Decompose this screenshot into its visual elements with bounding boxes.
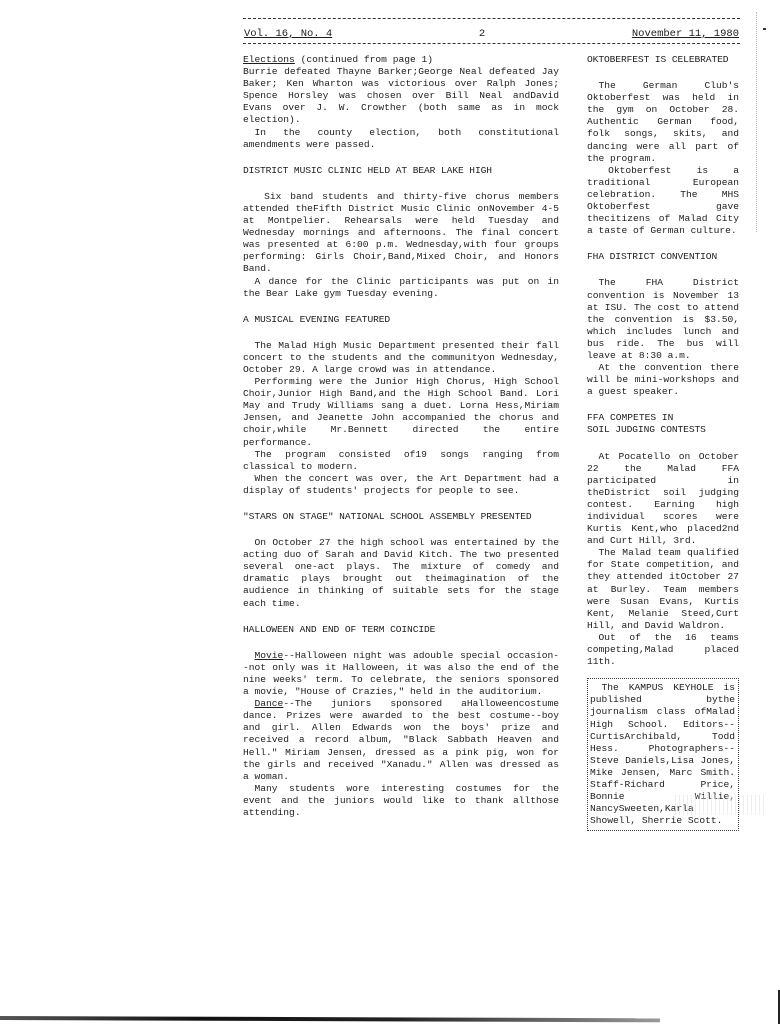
article-headline: HALLOWEEN AND END OF TERM COINCIDE (243, 624, 559, 636)
article-oktoberfest: OKTOBERFEST IS CELEBRATED The German Clu… (587, 54, 739, 237)
top-dashed-rule (243, 18, 740, 19)
article-headline: A MUSICAL EVENING FEATURED (243, 314, 559, 326)
left-column: Elections (continued from page 1) Burrie… (243, 54, 559, 819)
article-subtitle: (continued from page 1) (295, 54, 433, 65)
article-headline: "STARS ON STAGE" NATIONAL SCHOOL ASSEMBL… (243, 511, 559, 523)
paragraph: The Malad High Music Department presente… (243, 340, 559, 376)
paragraph: Oktoberfest is a traditional European ce… (587, 165, 739, 238)
page-number: 2 (478, 27, 486, 43)
paragraph: The Malad team qualified for State compe… (587, 547, 739, 632)
scan-bottom-edge (0, 1016, 660, 1022)
article-musical-evening: A MUSICAL EVENING FEATURED The Malad Hig… (243, 314, 559, 497)
paragraph: Movie--Halloween night was adouble speci… (243, 650, 559, 698)
article-headline: FHA DISTRICT CONVENTION (587, 251, 739, 263)
paragraph: At the convention there will be mini-wor… (587, 362, 739, 398)
article-title: Elections (243, 54, 295, 65)
scan-edge-line (756, 12, 757, 232)
article-elections: Elections (continued from page 1) Burrie… (243, 54, 559, 151)
subsection-label: Dance (255, 698, 284, 709)
article-fha: FHA DISTRICT CONVENTION The FHA District… (587, 251, 739, 398)
paragraph: Six band students and thirty-five chorus… (243, 191, 559, 276)
scan-edge-mark (763, 28, 766, 30)
paragraph: Many students wore interesting costumes … (243, 783, 559, 819)
paragraph: The program consisted of19 songs ranging… (243, 449, 559, 473)
paragraph: Performing were the Junior High Chorus, … (243, 376, 559, 449)
paragraph: Dance--The juniors sponsored aHalloweenc… (243, 698, 559, 783)
paragraph: Burrie defeated Thayne Barker;George Nea… (243, 66, 559, 126)
right-column: OKTOBERFEST IS CELEBRATED The German Clu… (587, 54, 739, 831)
newsletter-page: Vol. 16, No. 4 2 November 11, 1980 Elect… (0, 0, 780, 1024)
article-halloween: HALLOWEEN AND END OF TERM COINCIDE Movie… (243, 624, 559, 819)
article-music-clinic: DISTRICT MUSIC CLINIC HELD AT BEAR LAKE … (243, 165, 559, 300)
article-stars-on-stage: "STARS ON STAGE" NATIONAL SCHOOL ASSEMBL… (243, 511, 559, 610)
article-headline: OKTOBERFEST IS CELEBRATED (587, 54, 739, 66)
paragraph: The FHA District convention is November … (587, 277, 739, 362)
paragraph: On October 27 the high school was entert… (243, 537, 559, 610)
paragraph: At Pocatello on October 22 the Malad FFA… (587, 451, 739, 548)
volume-number: Vol. 16, No. 4 (243, 27, 333, 43)
article-headline: FFA COMPETES IN (587, 412, 739, 424)
masthead: Vol. 16, No. 4 2 November 11, 1980 (243, 27, 740, 44)
paragraph: When the concert was over, the Art Depar… (243, 473, 559, 497)
article-ffa: FFA COMPETES IN SOIL JUDGING CONTESTS At… (587, 412, 739, 668)
subsection-label: Movie (255, 650, 284, 661)
issue-date: November 11, 1980 (631, 27, 740, 43)
article-headline-line2: SOIL JUDGING CONTESTS (587, 424, 739, 436)
paragraph: In the county election, both constitutio… (243, 127, 559, 151)
paragraph: The German Club's Oktoberfest was held i… (587, 80, 739, 165)
paragraph: A dance for the Clinic participants was … (243, 276, 559, 300)
paragraph: Out of the 16 teams competing,Malad plac… (587, 632, 739, 668)
scan-noise (675, 795, 765, 815)
article-headline: DISTRICT MUSIC CLINIC HELD AT BEAR LAKE … (243, 165, 559, 177)
